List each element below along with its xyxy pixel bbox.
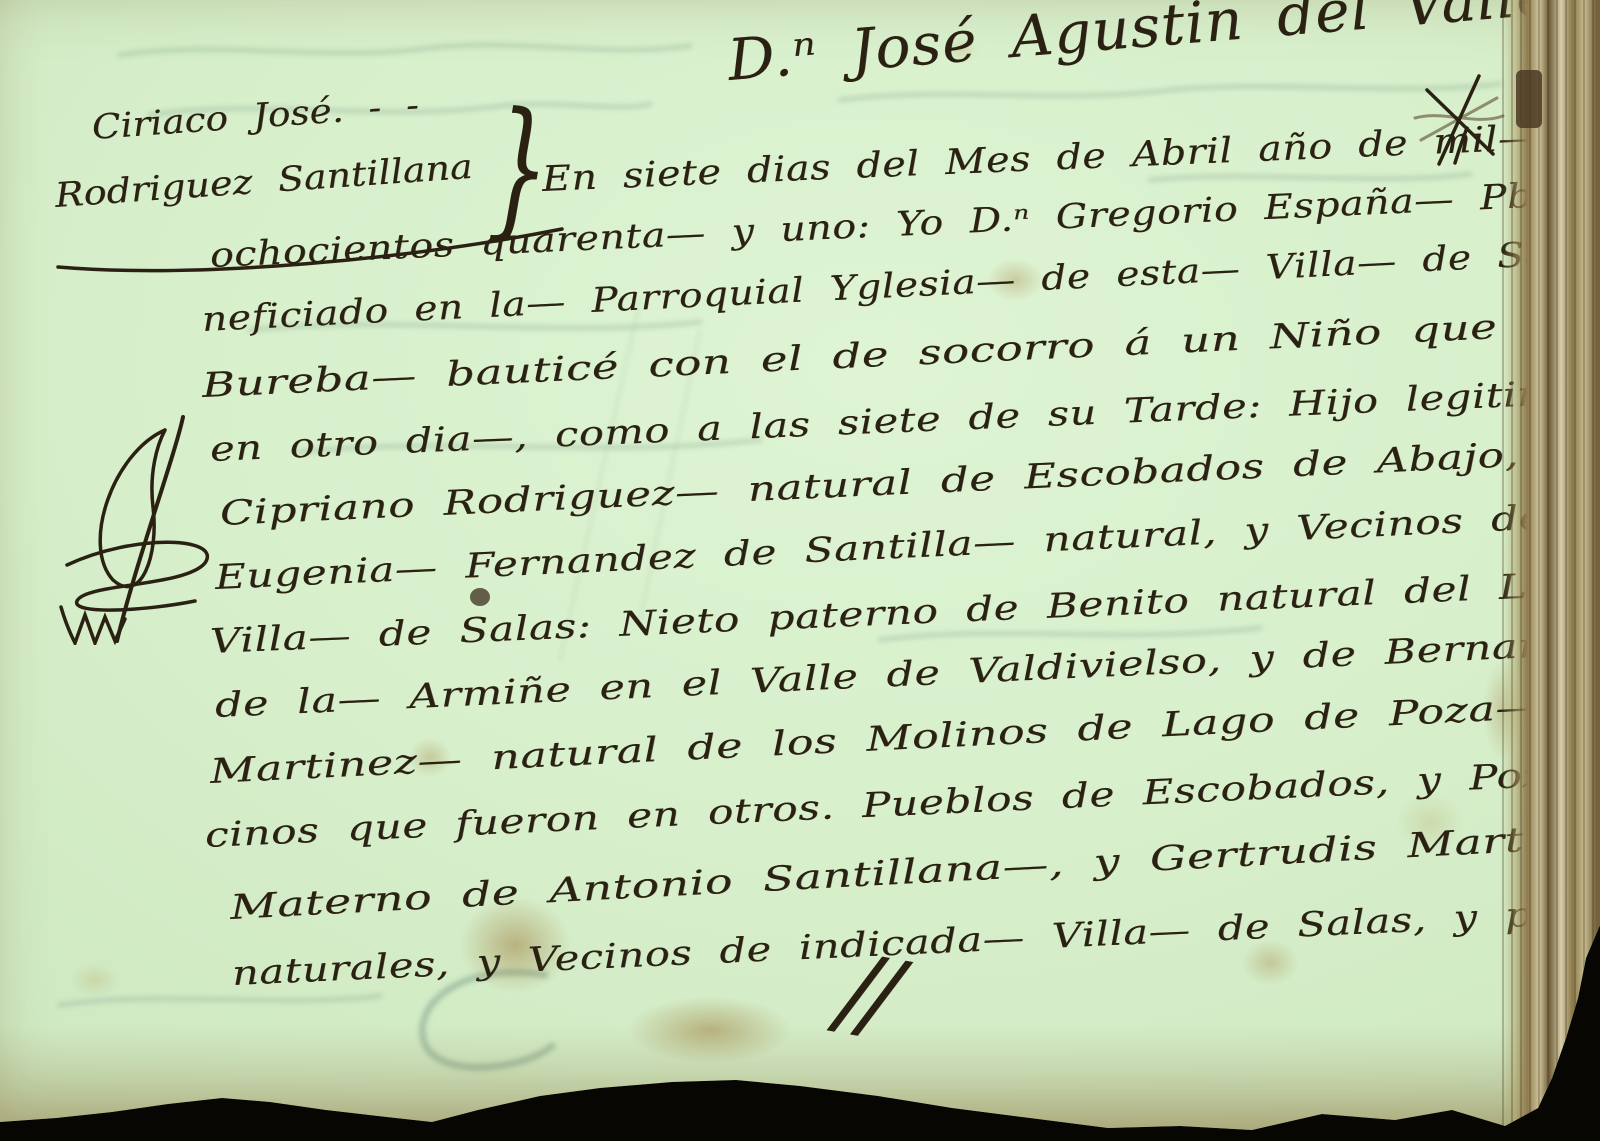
binding-dark-notch (1516, 70, 1542, 128)
ink-blot (470, 588, 490, 606)
bottom-edge-browning (0, 1025, 1600, 1141)
document-scan: D.ⁿ José Agustin del Valle Ciriaco José.… (0, 0, 1600, 1141)
notary-rubric-flourish-icon (55, 415, 230, 645)
book-binding-edge (1502, 0, 1600, 1141)
manuscript-page: D.ⁿ José Agustin del Valle Ciriaco José.… (0, 0, 1600, 1141)
paper-stain (60, 955, 130, 1005)
